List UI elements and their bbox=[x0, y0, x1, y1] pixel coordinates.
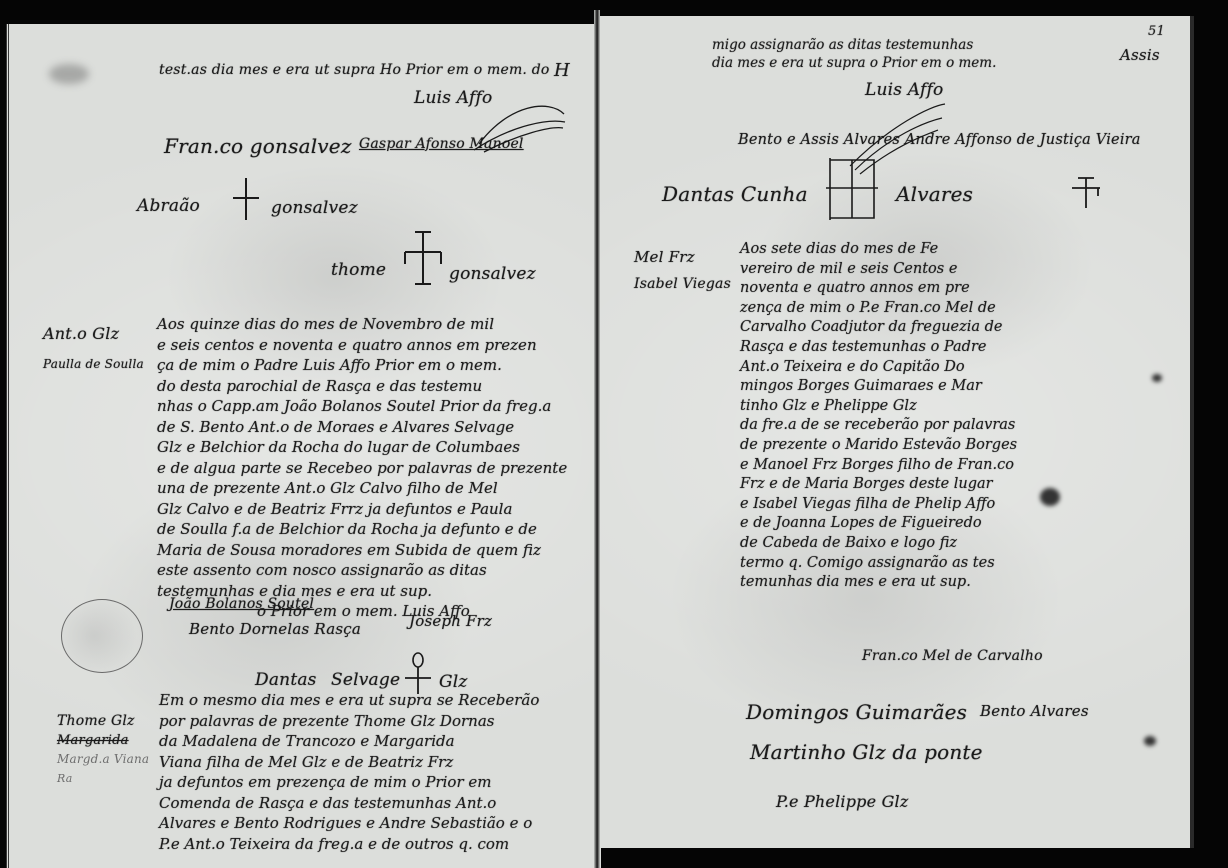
closing-line: test.as dia mes e era ut supra Ho Prior … bbox=[159, 62, 550, 78]
margin-bride-name: Isabel Viegas bbox=[634, 275, 731, 294]
text-line: por palavras de prezente Thome Glz Dorna… bbox=[159, 711, 539, 732]
text-line: termo q. Comigo assignarão as tes bbox=[740, 554, 1017, 574]
text-line: una de prezente Ant.o Glz Calvo filho de… bbox=[157, 478, 567, 499]
witness-signature: Martinho Glz da ponte bbox=[750, 740, 983, 764]
text-line: Frz e de Maria Borges deste lugar bbox=[740, 475, 1017, 495]
text-line: temunhas dia mes e era ut sup. bbox=[740, 573, 1017, 593]
margin-mark: H bbox=[554, 60, 570, 81]
witness-signature: Bento Alvares bbox=[980, 702, 1089, 720]
text-line: Carvalho Coadjutor da freguezia de bbox=[740, 318, 1017, 338]
signature-4-given: thome bbox=[331, 260, 386, 280]
text-line: Alvares e Bento Rodrigues e Andre Sebast… bbox=[159, 813, 539, 834]
witness-signature: Fran.co Mel de Carvalho bbox=[862, 648, 1043, 664]
signature-3-surname: gonsalvez bbox=[271, 198, 358, 218]
ink-blot bbox=[1144, 736, 1156, 746]
margin-note: Ra bbox=[57, 769, 149, 788]
text-line: da fre.a de se receberão por palavras bbox=[740, 416, 1017, 436]
witness-signature: Bento Dornelas Rasça bbox=[189, 620, 361, 638]
witness-signature: Joseph Frz bbox=[409, 612, 492, 630]
text-line: Comenda de Rasça e das testemunhas Ant.o bbox=[159, 793, 539, 814]
margin-groom-name: Mel Frz bbox=[634, 248, 731, 267]
text-line: e de Joanna Lopes de Figueiredo bbox=[740, 514, 1017, 534]
entry-1-text: Aos quinze dias do mes de Novembro de mi… bbox=[157, 314, 567, 622]
text-line: e Isabel Viegas filha de Phelip Affo bbox=[740, 495, 1017, 515]
text-line: Ant.o Teixeira e do Capitão Do bbox=[740, 358, 1017, 378]
folio-number: 51 bbox=[1148, 24, 1165, 39]
mark-line-surname: Glz bbox=[439, 672, 468, 692]
signature-4-surname: gonsalvez bbox=[449, 264, 536, 284]
witness-signature: P.e Phelippe Glz bbox=[776, 792, 909, 811]
mark-line-given: Dantas bbox=[255, 670, 317, 690]
left-page: test.as dia mes e era ut supra Ho Prior … bbox=[6, 24, 601, 868]
mark-line-surname: Selvage bbox=[331, 670, 400, 690]
top-closing-lines: migo assignarão as ditas testemunhas dia… bbox=[712, 36, 996, 72]
text-line: Em o mesmo dia mes e era ut supra se Rec… bbox=[159, 690, 539, 711]
text-line: de S. Bento Ant.o de Moraes e Alvares Se… bbox=[157, 417, 567, 438]
text-line: ça de mim o Padre Luis Affo Prior em o m… bbox=[157, 355, 567, 376]
text-line: tinho Glz e Phelippe Glz bbox=[740, 397, 1017, 417]
text-line: da Madalena de Trancozo e Margarida bbox=[159, 731, 539, 752]
margin-groom-name: Thome Glz bbox=[57, 712, 149, 731]
text-line: Maria de Sousa moradores em Subida de qu… bbox=[157, 540, 567, 561]
mark-surname: Alvares bbox=[896, 182, 973, 206]
cross-mark-icon bbox=[401, 230, 445, 286]
signature-2: Gaspar Afonso Manoel bbox=[359, 136, 524, 152]
text-line: dia mes e era ut supra o Prior em o mem. bbox=[712, 54, 996, 72]
text-line: este assento com nosco assignarão as dit… bbox=[157, 560, 567, 581]
text-line: Aos quinze dias do mes de Novembro de mi… bbox=[157, 314, 567, 335]
text-line: e Manoel Frz Borges filho de Fran.co bbox=[740, 456, 1017, 476]
text-line: e seis centos e noventa e quatro annos e… bbox=[157, 335, 567, 356]
cross-mark-icon bbox=[231, 176, 261, 222]
text-line: nhas o Capp.am João Bolanos Soutel Prior… bbox=[157, 396, 567, 417]
entry-2-text: Em o mesmo dia mes e era ut supra se Rec… bbox=[159, 690, 539, 854]
text-line: noventa e quatro annos em pre bbox=[740, 279, 1017, 299]
margin-groom-name: Ant.o Glz bbox=[43, 324, 144, 343]
margin-bride-name: Margd.a Viana bbox=[57, 750, 149, 769]
mark-given: Dantas Cunha bbox=[662, 182, 808, 206]
entry-2-margin: Thome Glz Margarida Margd.a Viana Ra bbox=[57, 712, 149, 788]
entry-3-margin: Mel Frz Isabel Viegas bbox=[634, 248, 731, 294]
text-line: de Cabeda de Baixo e logo fiz bbox=[740, 534, 1017, 554]
folio-initials: Assis bbox=[1120, 46, 1160, 64]
margin-bride-name-struck: Margarida bbox=[57, 731, 149, 750]
text-line: ja defuntos em prezença de mim o Prior e… bbox=[159, 772, 539, 793]
signature-1: Fran.co gonsalvez bbox=[164, 134, 352, 158]
right-page: 51 Assis migo assignarão as ditas testem… bbox=[600, 16, 1194, 848]
text-line: migo assignarão as ditas testemunhas bbox=[712, 36, 996, 54]
text-line: Glz e Belchior da Rocha do lugar de Colu… bbox=[157, 437, 567, 458]
text-line: Viana filha de Mel Glz e de Beatriz Frz bbox=[159, 752, 539, 773]
box-mark-icon bbox=[822, 156, 882, 222]
text-line: Aos sete dias do mes de Fe bbox=[740, 240, 1017, 260]
text-line: mingos Borges Guimaraes e Mar bbox=[740, 377, 1017, 397]
entry-1-margin: Ant.o Glz Paulla de Soulla bbox=[43, 324, 144, 374]
text-line: Rasça e das testemunhas o Padre bbox=[740, 338, 1017, 358]
text-line: de prezente o Marido Estevão Borges bbox=[740, 436, 1017, 456]
text-line: P.e Ant.o Teixeira da freg.a e de outros… bbox=[159, 834, 539, 855]
text-line: e de algua parte se Recebeo por palavras… bbox=[157, 458, 567, 479]
witness-signature: Domingos Guimarães bbox=[746, 700, 967, 724]
cross-mark-icon bbox=[1070, 174, 1102, 210]
signature-3-given: Abraão bbox=[137, 196, 200, 216]
witness-signature: João Bolanos Soutel bbox=[169, 596, 314, 612]
text-line: de Soulla f.a de Belchior da Rocha ja de… bbox=[157, 519, 567, 540]
ink-blot bbox=[1040, 488, 1060, 506]
margin-bride-name: Paulla de Soulla bbox=[43, 355, 144, 374]
text-line: do desta parochial de Rasça e das testem… bbox=[157, 376, 567, 397]
text-line: zença de mim o P.e Fran.co Mel de bbox=[740, 299, 1017, 319]
ink-blot bbox=[1152, 374, 1162, 382]
text-line: Glz Calvo e de Beatriz Frrz ja defuntos … bbox=[157, 499, 567, 520]
text-line: vereiro de mil e seis Centos e bbox=[740, 260, 1017, 280]
open-register-spread: test.as dia mes e era ut supra Ho Prior … bbox=[0, 0, 1228, 868]
witness-signature-line: Bento e Assis Alvares Andre Affonso de J… bbox=[738, 132, 1141, 148]
archive-stamp bbox=[61, 599, 143, 673]
ink-smudge bbox=[49, 64, 89, 84]
entry-3-text: Aos sete dias do mes de Fe vereiro de mi… bbox=[740, 240, 1017, 593]
